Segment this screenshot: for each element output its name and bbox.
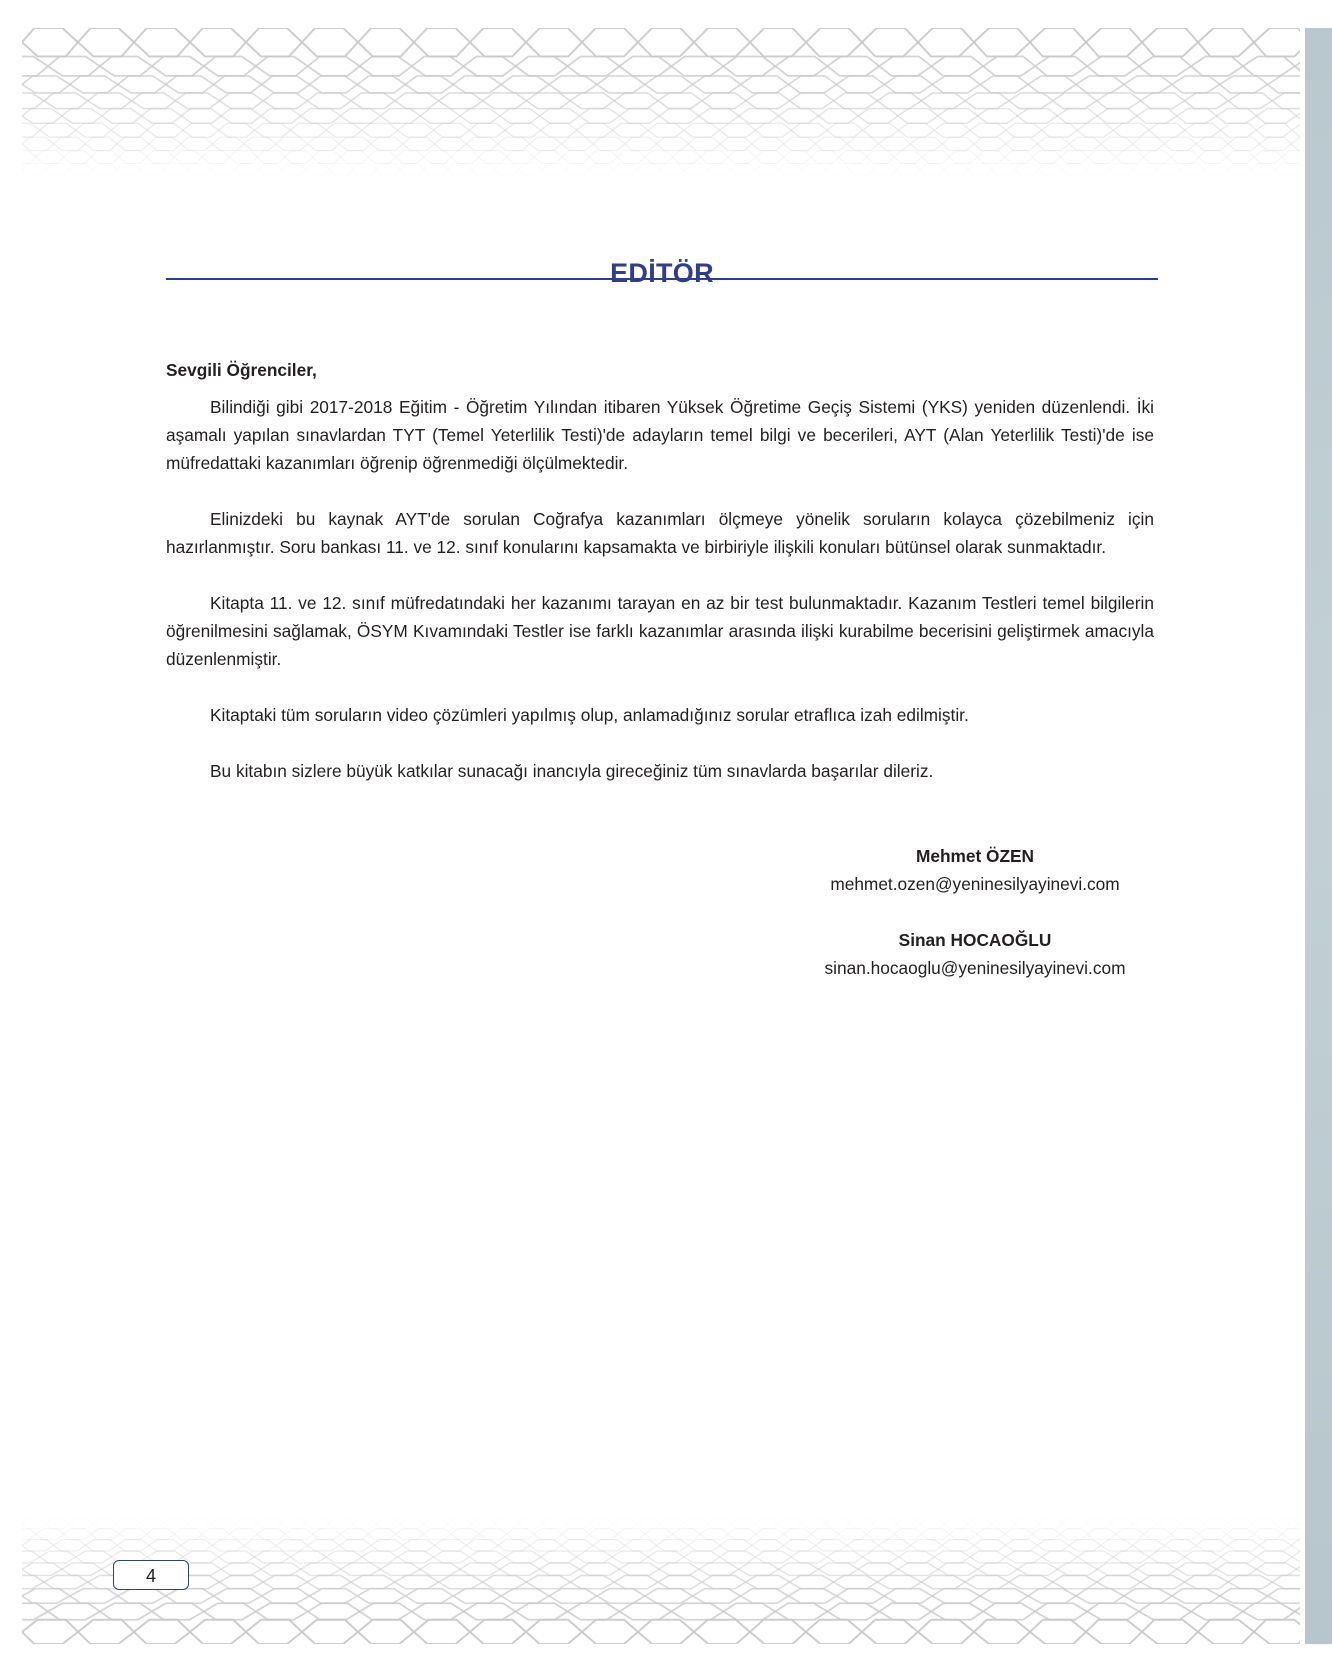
paragraph-video: Kitaptaki tüm soruların video çözümleri … (166, 701, 1154, 729)
paragraph-tests: Kitapta 11. ve 12. sınıf müfredatındaki … (166, 589, 1154, 673)
hexagon-pattern-graphic (22, 1518, 1300, 1644)
footer-hexagon-pattern (22, 1518, 1300, 1644)
paragraph-yks: Bilindiği gibi 2017-2018 Eğitim - Öğreti… (166, 393, 1154, 477)
hexagon-pattern-graphic (22, 28, 1300, 176)
author-name: Sinan HOCAOĞLU (790, 926, 1160, 954)
paragraph-resource: Elinizdeki bu kaynak AYT'de sorulan Coğr… (166, 505, 1154, 561)
editor-letter: Sevgili Öğrenciler, Bilindiği gibi 2017-… (166, 356, 1154, 813)
header-hexagon-pattern (22, 28, 1300, 176)
page-number-badge: 4 (113, 1560, 189, 1590)
title-divider (166, 278, 1158, 280)
author-email: mehmet.ozen@yeninesilyayinevi.com (790, 870, 1160, 898)
signature-sinan-hocaoglu: Sinan HOCAOĞLU sinan.hocaoglu@yeninesily… (790, 926, 1160, 982)
author-name: Mehmet ÖZEN (790, 842, 1160, 870)
page-title: EDİTÖR (166, 258, 1158, 289)
paragraph-closing: Bu kitabın sizlere büyük katkılar sunaca… (166, 757, 1154, 785)
signature-mehmet-ozen: Mehmet ÖZEN mehmet.ozen@yeninesilyayinev… (790, 842, 1160, 898)
author-email: sinan.hocaoglu@yeninesilyayinevi.com (790, 954, 1160, 982)
signature-section: Mehmet ÖZEN mehmet.ozen@yeninesilyayinev… (790, 842, 1160, 1010)
greeting: Sevgili Öğrenciler, (166, 356, 1154, 384)
page-edge-strip (1305, 28, 1332, 1644)
